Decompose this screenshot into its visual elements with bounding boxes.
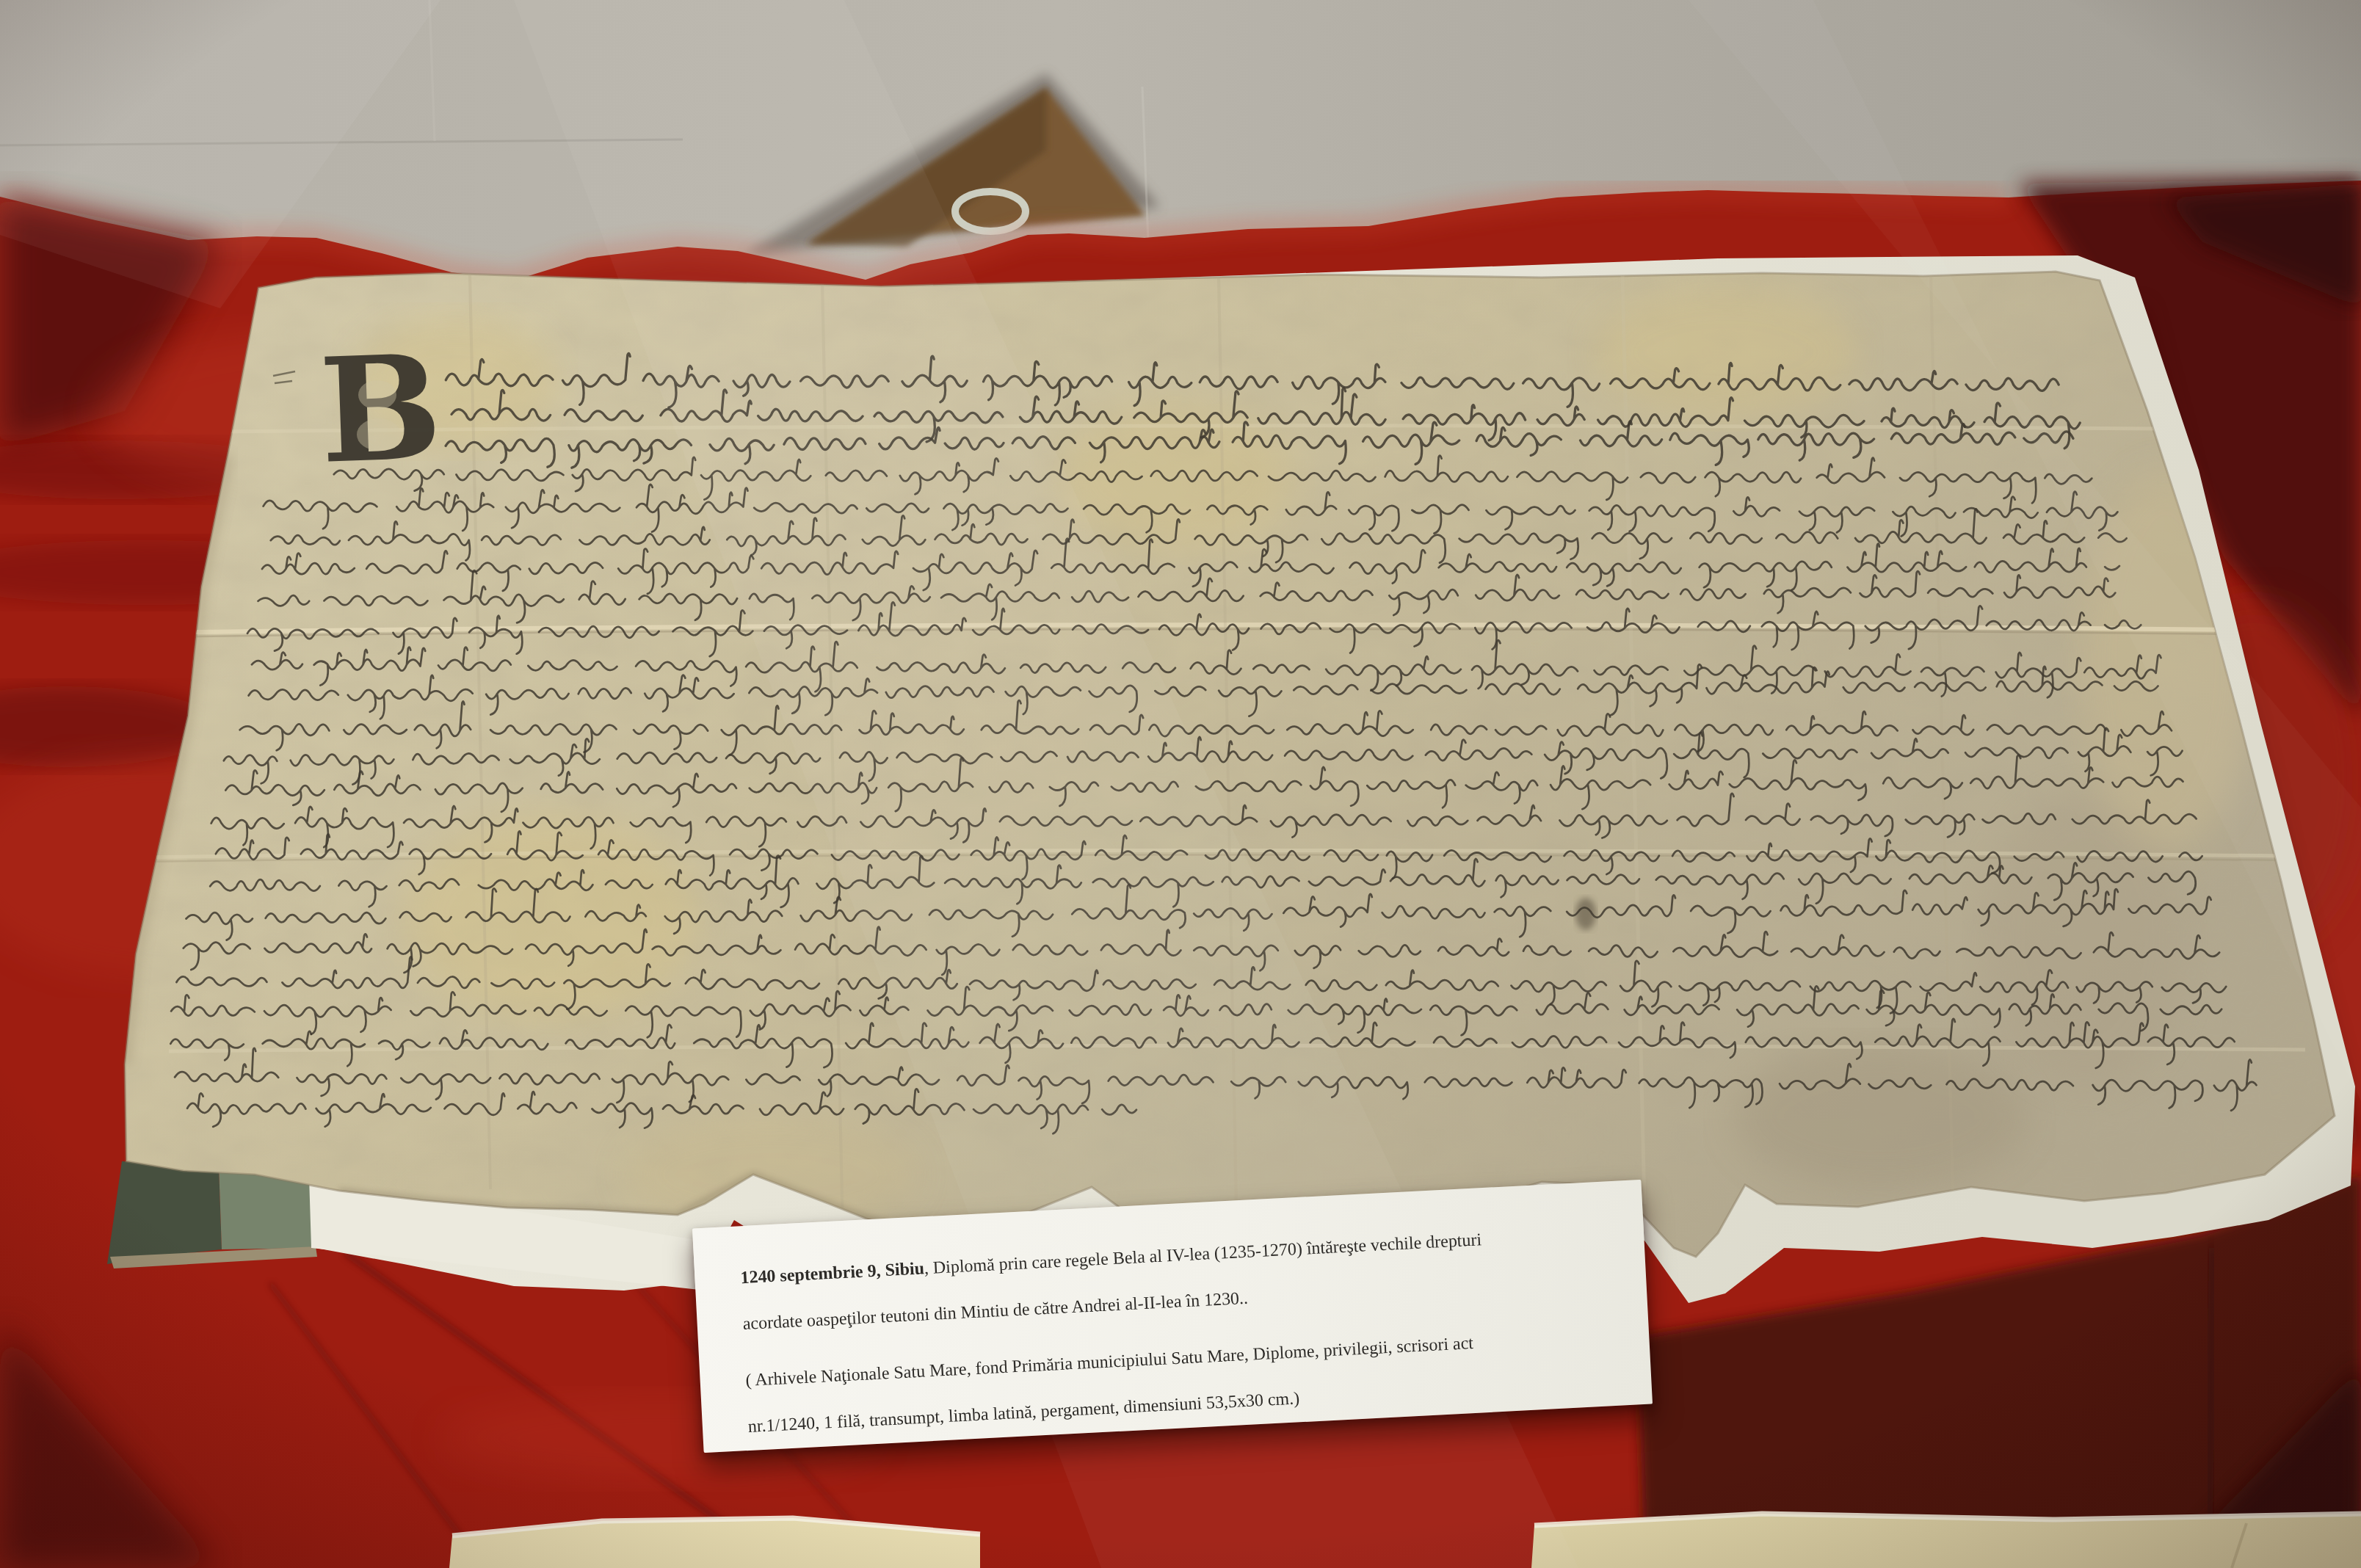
exhibit-photo: B 1240 septembrie 9, Sibiu, Diplomă prin… [0,0,2361,1568]
label-date-place: 1240 septembrie 9, Sibiu [740,1259,925,1288]
